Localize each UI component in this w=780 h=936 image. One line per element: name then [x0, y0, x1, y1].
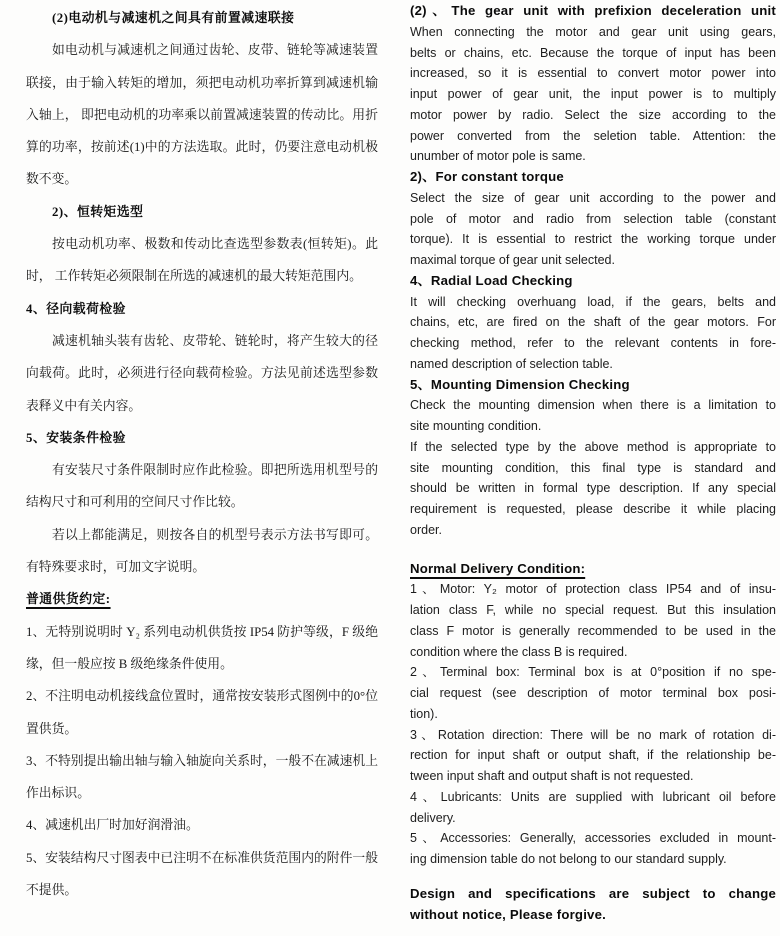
text-line: 4、Lubricants: Units are supplied with lu… [410, 787, 776, 808]
paragraph: 有安装尺寸条件限制时应作此检验。即把所选用机型号的结构尺寸和可利用的空间尺寸作比… [26, 454, 378, 519]
section-heading: Normal Delivery Condition: [410, 559, 776, 580]
text-line: delivery. [410, 808, 776, 829]
paragraph: 5、安装结构尺寸图表中已注明不在标准供货范围内的附件一般不提供。 [26, 842, 378, 907]
text-line: order. [410, 520, 776, 541]
text-line: cial request (see description of motor t… [410, 683, 776, 704]
text-line: checking method, refer to the relevant c… [410, 333, 776, 354]
text-line: site mounting condition. [410, 416, 776, 437]
section-heading: 5、安装条件检验 [26, 422, 378, 454]
section-heading: 普通供货约定: [26, 583, 378, 615]
chinese-column: (2)电动机与减速机之间具有前置减速联接如电动机与减速机之间通过齿轮、皮带、链轮… [26, 2, 378, 906]
english-column: (2)、The gear unit with prefixion deceler… [410, 1, 776, 925]
section-heading: (2)、The gear unit with prefixion deceler… [410, 1, 776, 22]
text-line: 3、Rotation direction: There will be no m… [410, 725, 776, 746]
paragraph: 3、不特别提出输出轴与输入轴旋向关系时，一般不在减速机上作出标识。 [26, 745, 378, 810]
text-line: should be written in formal type descrip… [410, 478, 776, 499]
spacer [410, 870, 776, 884]
text-line: chains, etc, are fired on the shaft of t… [410, 312, 776, 333]
text-line: lation class F, while no special request… [410, 600, 776, 621]
text-line: condition where the class B is required. [410, 642, 776, 663]
section-heading: 4、Radial Load Checking [410, 271, 776, 292]
text-line: motor power by radio. Select the size ac… [410, 105, 776, 126]
text-line: tween input shaft and output shaft is no… [410, 766, 776, 787]
text-line: tion). [410, 704, 776, 725]
paragraph: 2、不注明电动机接线盒位置时，通常按安装形式图例中的0°位置供货。 [26, 680, 378, 745]
text-line: unumber of motor pole is same. [410, 146, 776, 167]
text-line: belts or chains, etc. Because the torque… [410, 43, 776, 64]
text-line: 5、Accessories: Generally, accessories ex… [410, 828, 776, 849]
text-line: Select the size of gear unit according t… [410, 188, 776, 209]
section-heading: 4、径向载荷检验 [26, 293, 378, 325]
text-line: When connecting the motor and gear unit … [410, 22, 776, 43]
text-line: maximal torque of gear unit selected. [410, 250, 776, 271]
paragraph: 4、减速机出厂时加好润滑油。 [26, 809, 378, 841]
text-line: named description of selection table. [410, 354, 776, 375]
text-line: requirement is requested, please describ… [410, 499, 776, 520]
paragraph: 若以上都能满足，则按各自的机型号表示方法书写即可。有特殊要求时，可加文字说明。 [26, 519, 378, 584]
text-line: Check the mounting dimension when there … [410, 395, 776, 416]
text-line: 2、Terminal box: Terminal box is at 0°pos… [410, 662, 776, 683]
text-line: rection for input shaft or output shaft,… [410, 745, 776, 766]
paragraph: 按电动机功率、极数和传动比查选型参数表(恒转矩)。此时， 工作转矩必须限制在所选… [26, 228, 378, 293]
document-page: (2)电动机与减速机之间具有前置减速联接如电动机与减速机之间通过齿轮、皮带、链轮… [0, 0, 780, 936]
text-line: If the selected type by the above method… [410, 437, 776, 458]
text-line: It will checking overhuang load, if the … [410, 292, 776, 313]
text-line: 1、Motor: Y₂ motor of protection class IP… [410, 579, 776, 600]
text-line: power converted from the seletion table.… [410, 126, 776, 147]
text-line: Design and specifications are subject to… [410, 884, 776, 905]
section-heading: 2)、For constant torque [410, 167, 776, 188]
text-line: site mounting condition, this final type… [410, 458, 776, 479]
paragraph: 减速机轴头装有齿轮、皮带轮、链轮时，将产生较大的径向载荷。此时，必须进行径向载荷… [26, 325, 378, 422]
text-line: torque). It is essential to restrict the… [410, 229, 776, 250]
paragraph: 1、无特别说明时 Y₂ 系列电动机供货按 IP54 防护等级，F 级绝缘，但一般… [26, 616, 378, 681]
text-line: input power of gear unit, the input powe… [410, 84, 776, 105]
text-line: ing dimension table do not belong to our… [410, 849, 776, 870]
spacer [410, 541, 776, 559]
text-line: increased, so it is essential to convert… [410, 63, 776, 84]
text-line: without notice, Please forgive. [410, 905, 776, 926]
text-line: class F motor is generally recommended t… [410, 621, 776, 642]
section-heading: (2)电动机与减速机之间具有前置减速联接 [26, 2, 378, 34]
paragraph: 如电动机与减速机之间通过齿轮、皮带、链轮等减速装置联接，由于输入转矩的增加，须把… [26, 34, 378, 195]
section-heading: 5、Mounting Dimension Checking [410, 375, 776, 396]
text-line: pole of motor and radio from selection t… [410, 209, 776, 230]
section-heading: 2)、恒转矩选型 [26, 196, 378, 228]
